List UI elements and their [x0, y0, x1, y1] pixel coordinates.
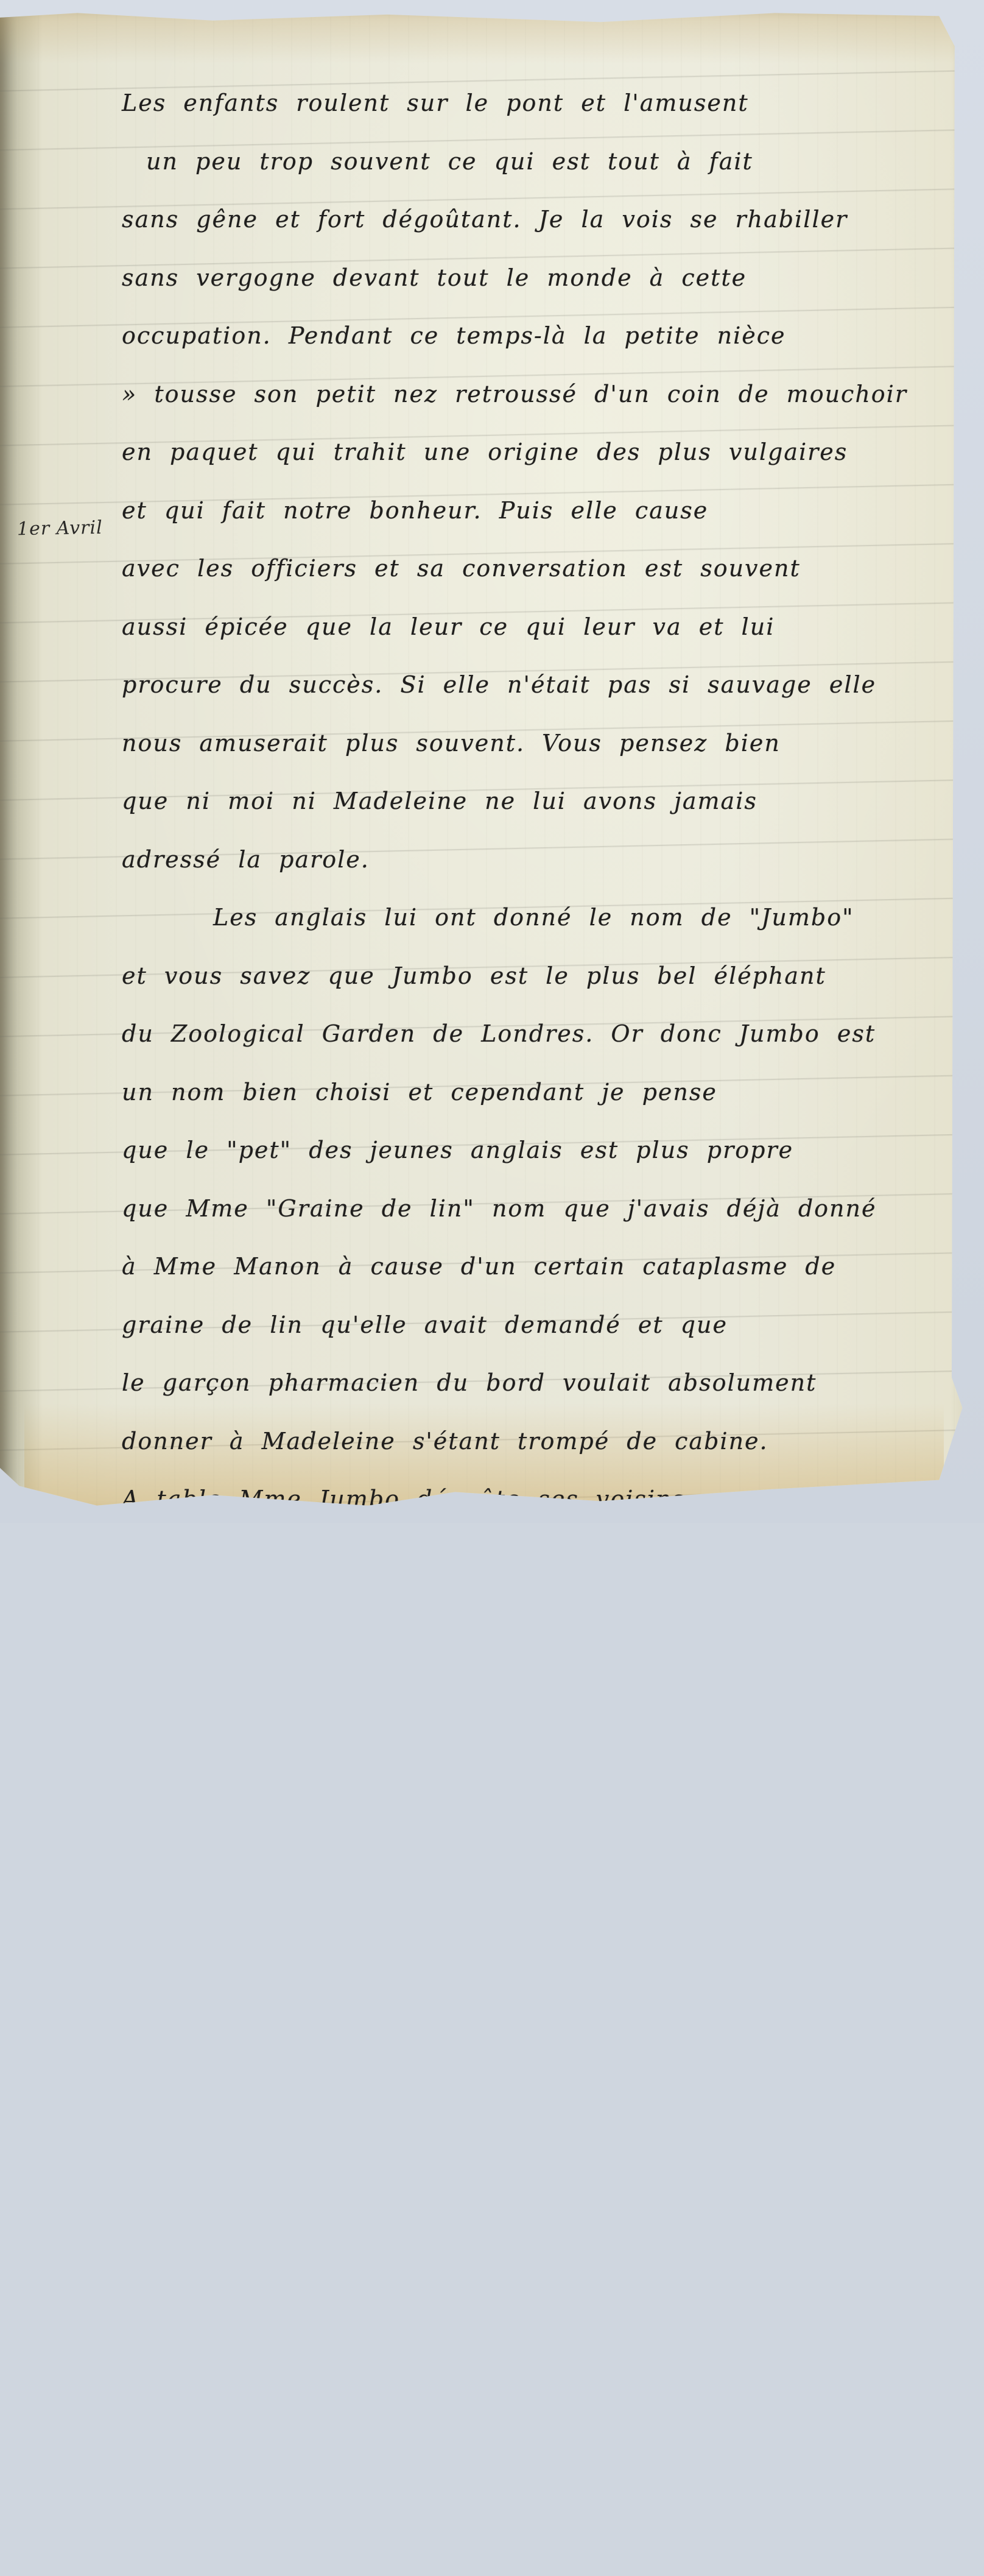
margin-date-note: 1er Avril — [17, 517, 103, 540]
text-line: sans gêne et fort dégoûtant. Je la vois … — [122, 191, 956, 249]
text-line: un nom bien choisi et cependant je pense — [122, 1064, 956, 1122]
text-line: que Mme "Graine de lin" nom que j'avais … — [122, 1180, 956, 1238]
text-line: adressé la parole. — [122, 831, 956, 889]
text-line: Les anglais lui ont donné le nom de "Jum… — [122, 889, 956, 947]
text-line: occupation. Pendant ce temps-là la petit… — [122, 307, 956, 365]
text-line: que le "pet" des jeunes anglais est plus… — [122, 1121, 956, 1180]
text-line: un peu trop souvent ce qui est tout à fa… — [122, 133, 956, 191]
text-line: à Mme Manon à cause d'un certain catapla… — [122, 1238, 956, 1296]
text-line: Les enfants roulent sur le pont et l'amu… — [122, 74, 956, 133]
letter-page: 1er Avril Les enfants roulent sur le pon… — [0, 9, 968, 1513]
text-line: avec les officiers et sa conversation es… — [122, 540, 956, 598]
text-line: et qui fait notre bonheur. Puis elle cau… — [122, 482, 956, 540]
text-line: nous amuserait plus souvent. Vous pensez… — [122, 715, 956, 773]
text-line: du Zoological Garden de Londres. Or donc… — [122, 1005, 956, 1064]
text-line: le garçon pharmacien du bord voulait abs… — [122, 1354, 956, 1413]
text-line: aussi épicée que la leur ce qui leur va … — [122, 598, 956, 657]
text-line: en paquet qui trahit une origine des plu… — [122, 423, 956, 482]
text-line: sans vergogne devant tout le monde à cet… — [122, 249, 956, 308]
handwritten-text-body: Les enfants roulent sur le pont et l'amu… — [122, 74, 956, 1523]
text-line: » tousse son petit nez retroussé d'un co… — [122, 365, 956, 424]
text-line: que ni moi ni Madeleine ne lui avons jam… — [122, 772, 956, 831]
text-line: et vous savez que Jumbo est le plus bel … — [122, 947, 956, 1006]
text-line: procure du succès. Si elle n'était pas s… — [122, 656, 956, 715]
text-line: graine de lin qu'elle avait demandé et q… — [122, 1296, 956, 1355]
text-line: donner à Madeleine s'étant trompé de cab… — [122, 1413, 956, 1471]
